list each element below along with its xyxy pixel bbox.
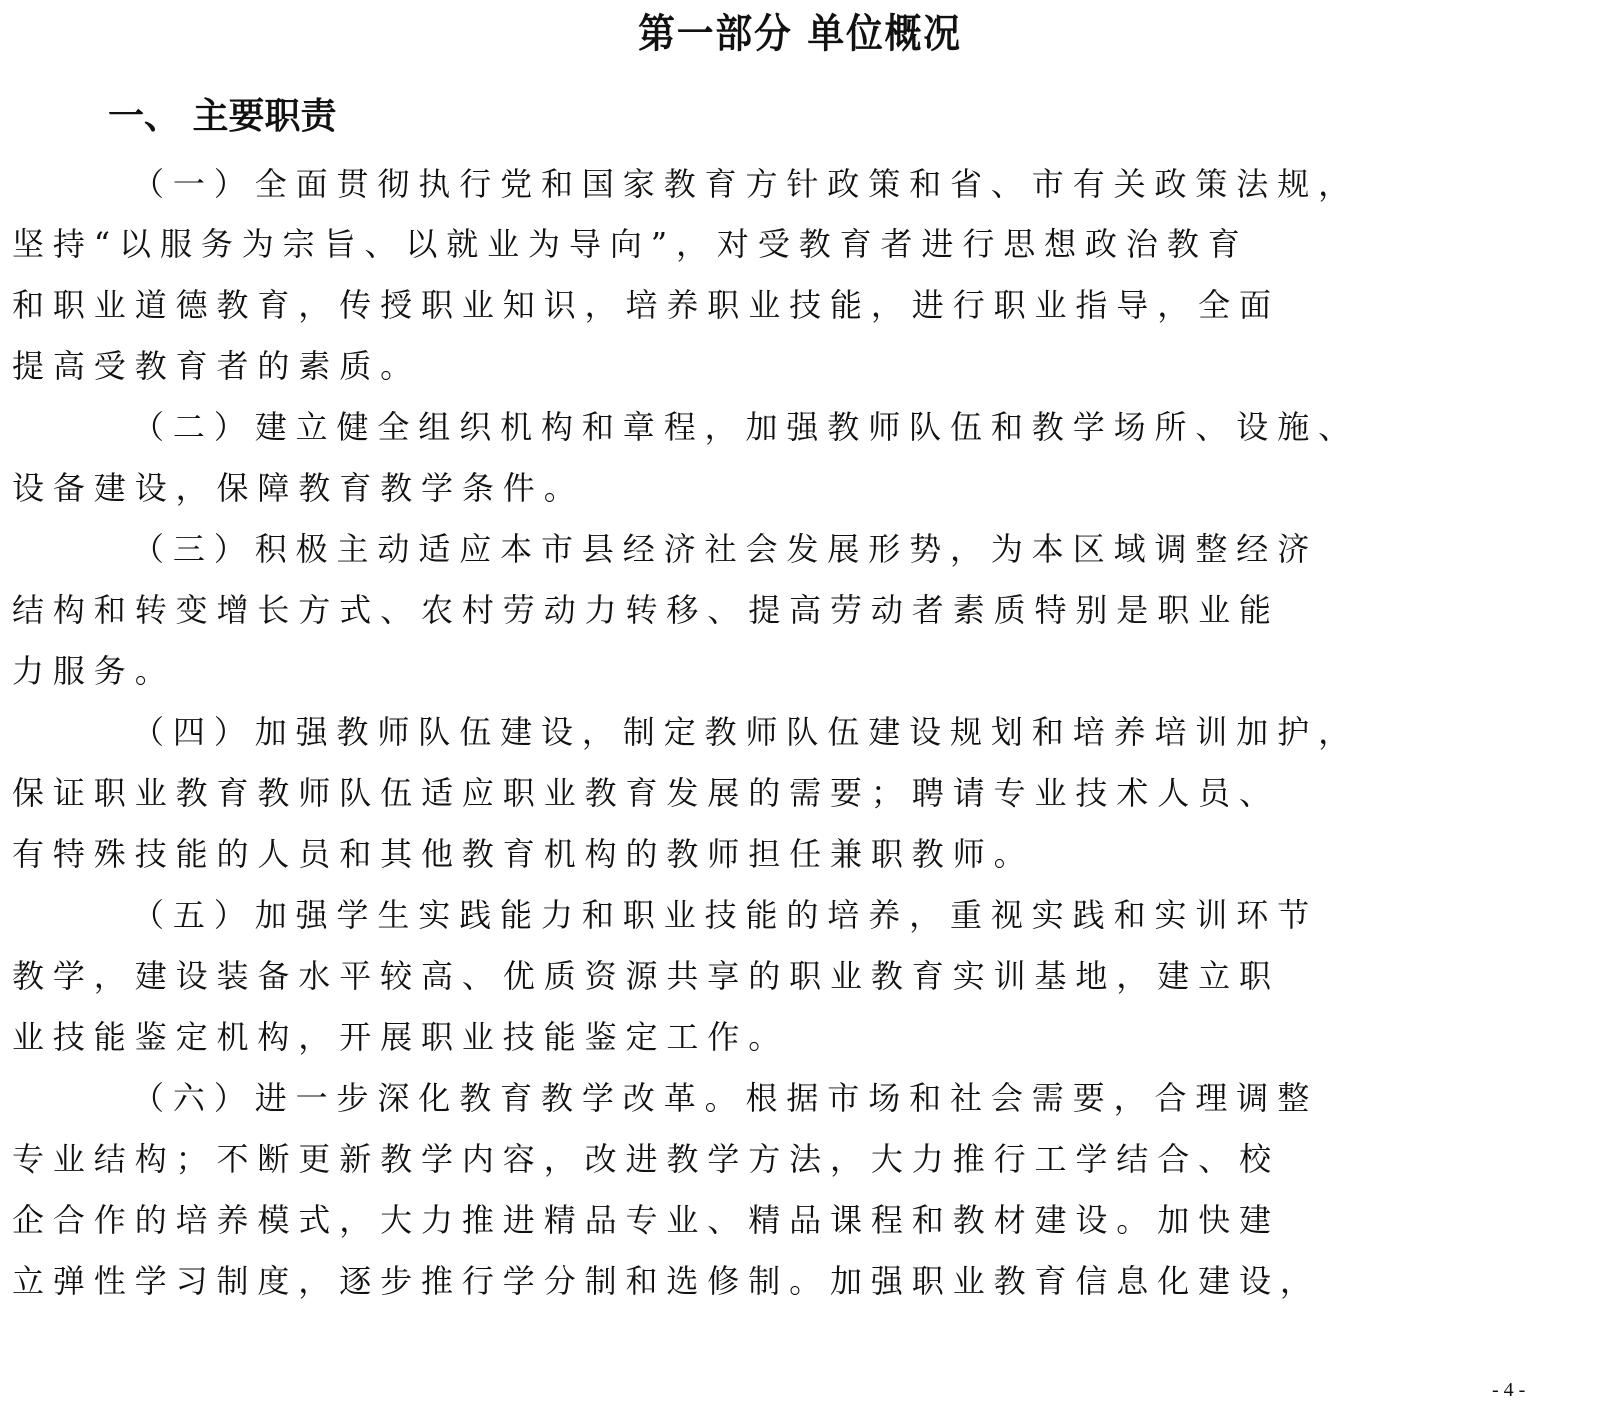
paragraph-5-line-2: 教学，建设装备水平较高、优质资源共享的职业教育实训基地，建立职 bbox=[12, 954, 1280, 998]
section-heading: 一、 主要职责 bbox=[108, 92, 337, 142]
paragraph-5-line-1: （五）加强学生实践能力和职业技能的培养，重视实践和实训环节 bbox=[132, 893, 1318, 937]
paragraph-2-line-2: 设备建设，保障教育教学条件。 bbox=[12, 466, 585, 510]
paragraph-1-line-3: 和职业道德教育，传授职业知识，培养职业技能，进行职业指导，全面 bbox=[12, 283, 1280, 327]
paragraph-4-line-3: 有特殊技能的人员和其他教育机构的教师担任兼职教师。 bbox=[12, 832, 1035, 876]
paragraph-1-line-2: 坚持“以服务为宗旨、以就业为导向”，对受教育者进行思想政治教育 bbox=[12, 222, 1249, 266]
paragraph-1-line-4: 提高受教育者的素质。 bbox=[12, 344, 421, 388]
paragraph-6-line-4: 立弹性学习制度，逐步推行学分制和选修制。加强职业教育信息化建设， bbox=[12, 1259, 1321, 1303]
paragraph-3-line-3: 力服务。 bbox=[12, 649, 176, 693]
paragraph-4-line-2: 保证职业教育教师队伍适应职业教育发展的需要；聘请专业技术人员、 bbox=[12, 771, 1280, 815]
paragraph-4-line-1: （四）加强教师队伍建设，制定教师队伍建设规划和培养培训加护， bbox=[132, 710, 1359, 754]
paragraph-3-line-2: 结构和转变增长方式、农村劳动力转移、提高劳动者素质特别是职业能 bbox=[12, 588, 1280, 632]
paragraph-6-line-1: （六）进一步深化教育教学改革。根据市场和社会需要，合理调整 bbox=[132, 1076, 1318, 1120]
paragraph-6-line-3: 企合作的培养模式，大力推进精品专业、精品课程和教材建设。加快建 bbox=[12, 1198, 1280, 1242]
page-title: 第一部分 单位概况 bbox=[64, 8, 1536, 60]
paragraph-6-line-2: 专业结构；不断更新教学内容，改进教学方法，大力推行工学结合、校 bbox=[12, 1137, 1280, 1181]
paragraph-5-line-3: 业技能鉴定机构，开展职业技能鉴定工作。 bbox=[12, 1015, 789, 1059]
paragraph-1-line-1: （一）全面贯彻执行党和国家教育方针政策和省、市有关政策法规， bbox=[132, 162, 1359, 206]
paragraph-3-line-1: （三）积极主动适应本市县经济社会发展形势，为本区域调整经济 bbox=[132, 527, 1318, 571]
page-number: - 4 - bbox=[1492, 1378, 1525, 1402]
paragraph-2-line-1: （二）建立健全组织机构和章程，加强教师队伍和教学场所、设施、 bbox=[132, 405, 1359, 449]
